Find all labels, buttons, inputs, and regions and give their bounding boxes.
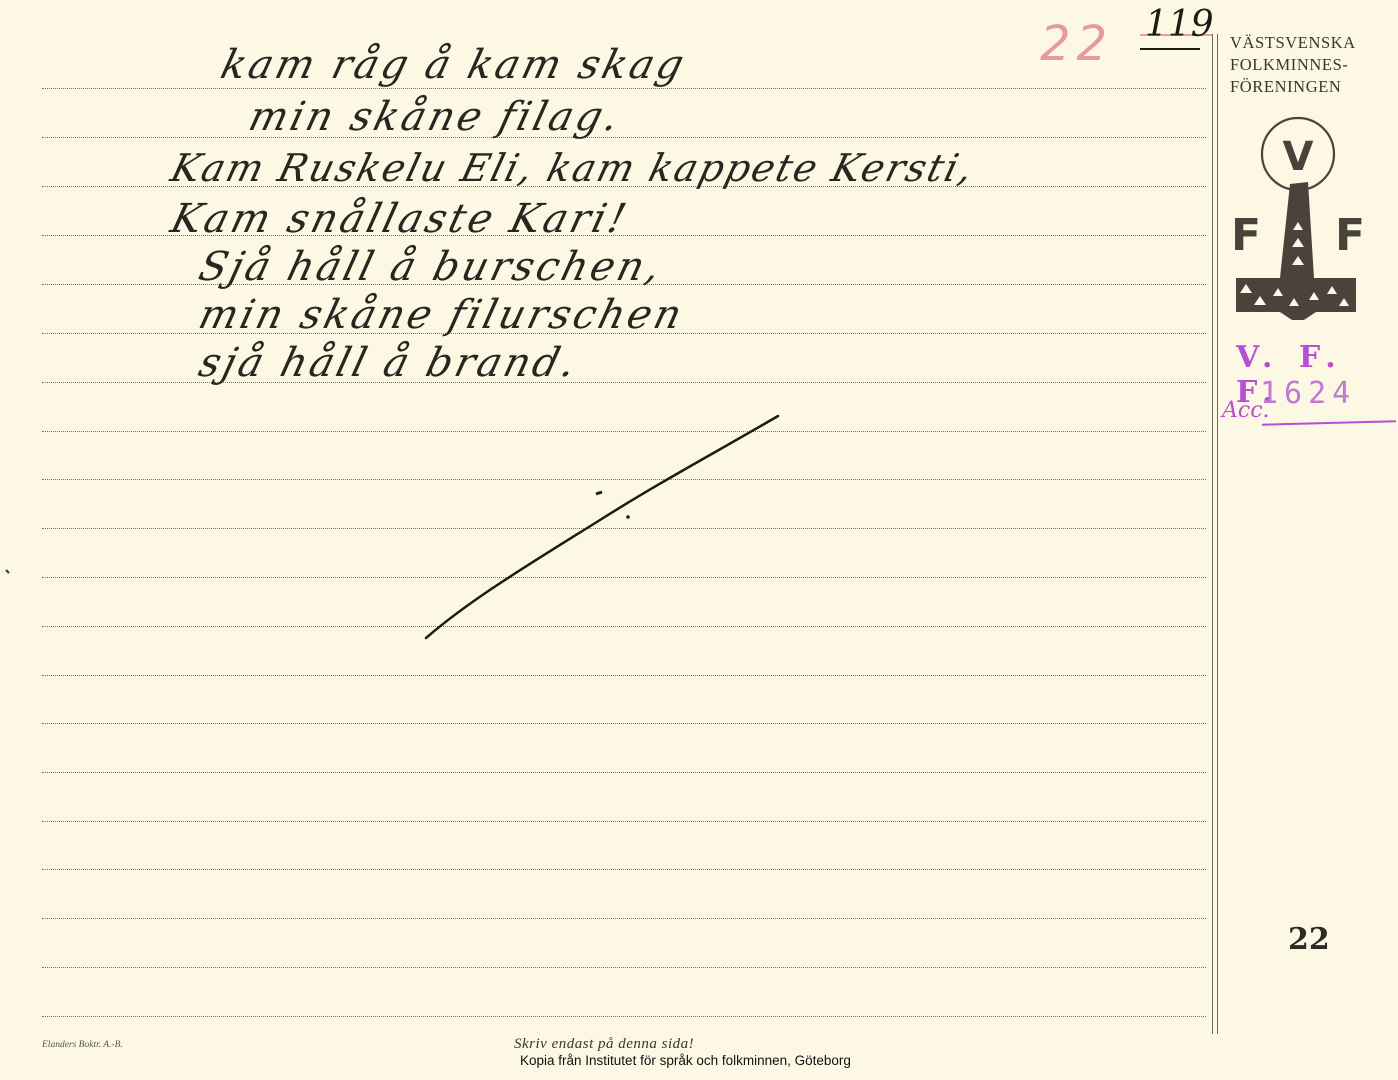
logo-letter-v: V — [1283, 134, 1314, 180]
end-stroke-icon — [0, 0, 1398, 1080]
logo-letter-f-left: F — [1231, 210, 1261, 261]
stamp-accession-number: 1624 — [1260, 376, 1356, 411]
printer-mark: Elanders Boktr. A.-B. — [42, 1040, 123, 1050]
write-only-this-side-note: Skriv endast på denna sida! — [514, 1036, 694, 1053]
society-name-line-2: FOLKMINNES- — [1230, 54, 1390, 76]
copy-notice: Kopia från Institutet för språk och folk… — [520, 1053, 851, 1068]
stamp-acc-label: Acc. — [1222, 398, 1270, 423]
society-name: VÄSTSVENSKA FOLKMINNES- FÖRENINGEN — [1230, 32, 1390, 98]
stamp-underline — [1262, 420, 1396, 426]
society-name-line-3: FÖRENINGEN — [1230, 76, 1390, 98]
accession-stamp: V. F. F. 1624 Acc. — [1222, 340, 1398, 430]
document-page: 22 119 kam råg å kam skag min skåne fila… — [0, 0, 1398, 1080]
society-name-line-1: VÄSTSVENSKA — [1230, 32, 1390, 54]
page-number: 22 — [1288, 922, 1330, 957]
logo-letter-f-right: F — [1335, 210, 1365, 261]
vff-hammer-logo-icon: V F F — [1228, 112, 1368, 327]
